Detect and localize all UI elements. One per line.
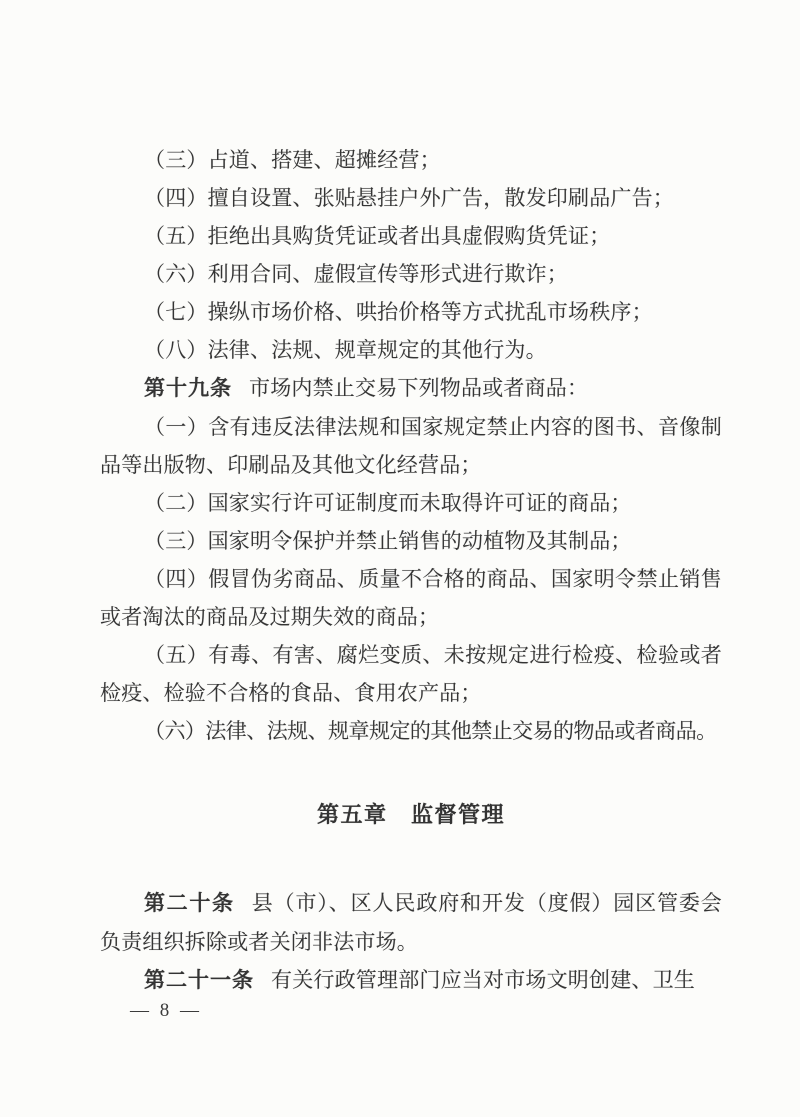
article-paragraph: 第二十条县（市）、区人民政府和开发（度假）园区管委会负责组织拆除或者关闭非法市场… — [100, 884, 722, 961]
paragraph-text: （五）有毒、有害、腐烂变质、未按规定进行检疫、检验或者检疫、检验不合格的食品、食… — [100, 643, 722, 705]
list-item-paragraph: （五）有毒、有害、腐烂变质、未按规定进行检疫、检验或者检疫、检验不合格的食品、食… — [100, 636, 722, 712]
list-item-paragraph: （二）国家实行许可证制度而未取得许可证的商品； — [100, 484, 722, 522]
article-paragraph: 第十九条市场内禁止交易下列物品或者商品： — [100, 369, 722, 408]
page-number: — 8 — — [130, 1000, 202, 1022]
list-item-paragraph: （三）国家明令保护并禁止销售的动植物及其制品； — [100, 522, 722, 560]
paragraph-text: （三）国家明令保护并禁止销售的动植物及其制品； — [144, 529, 632, 553]
paragraph-text: （七）操纵市场价格、哄抬价格等方式扰乱市场秩序； — [144, 300, 653, 324]
paragraph-text: （一）含有违反法律法规和国家规定禁止内容的图书、音像制品等出版物、印刷品及其他文… — [100, 415, 722, 477]
list-item-paragraph: （六）利用合同、虚假宣传等形式进行欺诈； — [100, 255, 722, 293]
paragraph-text: （四）擅自设置、张贴悬挂户外广告，散发印刷品广告； — [144, 186, 674, 210]
paragraph-text: （四）假冒伪劣商品、质量不合格的商品、国家明令禁止销售或者淘汰的商品及过期失效的… — [100, 567, 722, 629]
list-item-paragraph: （八）法律、法规、规章规定的其他行为。 — [100, 331, 722, 369]
paragraph-text: （二）国家实行许可证制度而未取得许可证的商品； — [144, 491, 632, 515]
list-item-paragraph: （四）擅自设置、张贴悬挂户外广告，散发印刷品广告； — [100, 179, 722, 217]
article-number-label: 第二十条 — [144, 892, 235, 915]
list-item-paragraph: （五）拒绝出具购货凭证或者出具虚假购货凭证； — [100, 217, 722, 255]
paragraph-text: （三）占道、搭建、超摊经营； — [144, 148, 441, 172]
paragraph-text: （六）法律、法规、规章规定的其他禁止交易的物品或者商品。 — [144, 719, 717, 743]
document-body: （三）占道、搭建、超摊经营；（四）擅自设置、张贴悬挂户外广告，散发印刷品广告；（… — [100, 141, 722, 1000]
chapter-heading: 第五章 监督管理 — [100, 796, 722, 834]
list-item-paragraph: （三）占道、搭建、超摊经营； — [100, 141, 722, 179]
scanned-document-page: （三）占道、搭建、超摊经营；（四）擅自设置、张贴悬挂户外广告，散发印刷品广告；（… — [0, 0, 800, 1117]
list-item-paragraph: （一）含有违反法律法规和国家规定禁止内容的图书、音像制品等出版物、印刷品及其他文… — [100, 408, 722, 484]
paragraph-text: （八）法律、法规、规章规定的其他行为。 — [144, 338, 547, 362]
paragraph-text: 市场内禁止交易下列物品或者商品： — [249, 376, 588, 400]
article-number-label: 第二十一条 — [144, 969, 254, 992]
article-paragraph: 第二十一条有关行政管理部门应当对市场文明创建、卫生 — [100, 961, 722, 1000]
paragraph-text: 有关行政管理部门应当对市场文明创建、卫生 — [271, 968, 695, 992]
list-item-paragraph: （六）法律、法规、规章规定的其他禁止交易的物品或者商品。 — [100, 712, 722, 750]
list-item-paragraph: （七）操纵市场价格、哄抬价格等方式扰乱市场秩序； — [100, 293, 722, 331]
paragraph-text: （六）利用合同、虚假宣传等形式进行欺诈； — [144, 262, 568, 286]
paragraph-text: （五）拒绝出具购货凭证或者出具虚假购货凭证； — [144, 224, 610, 248]
article-number-label: 第十九条 — [144, 377, 232, 400]
list-item-paragraph: （四）假冒伪劣商品、质量不合格的商品、国家明令禁止销售或者淘汰的商品及过期失效的… — [100, 560, 722, 636]
